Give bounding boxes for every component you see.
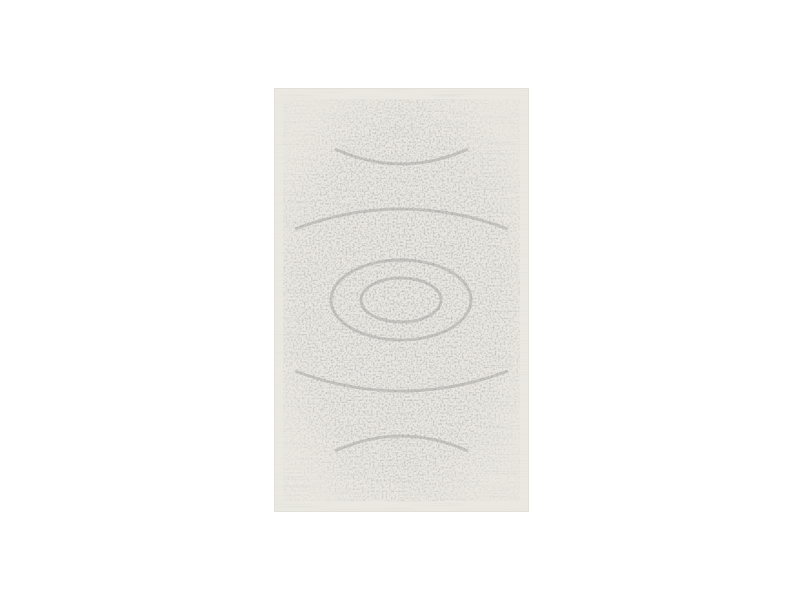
rug-product-image bbox=[275, 89, 528, 511]
rug-pattern bbox=[275, 89, 528, 511]
